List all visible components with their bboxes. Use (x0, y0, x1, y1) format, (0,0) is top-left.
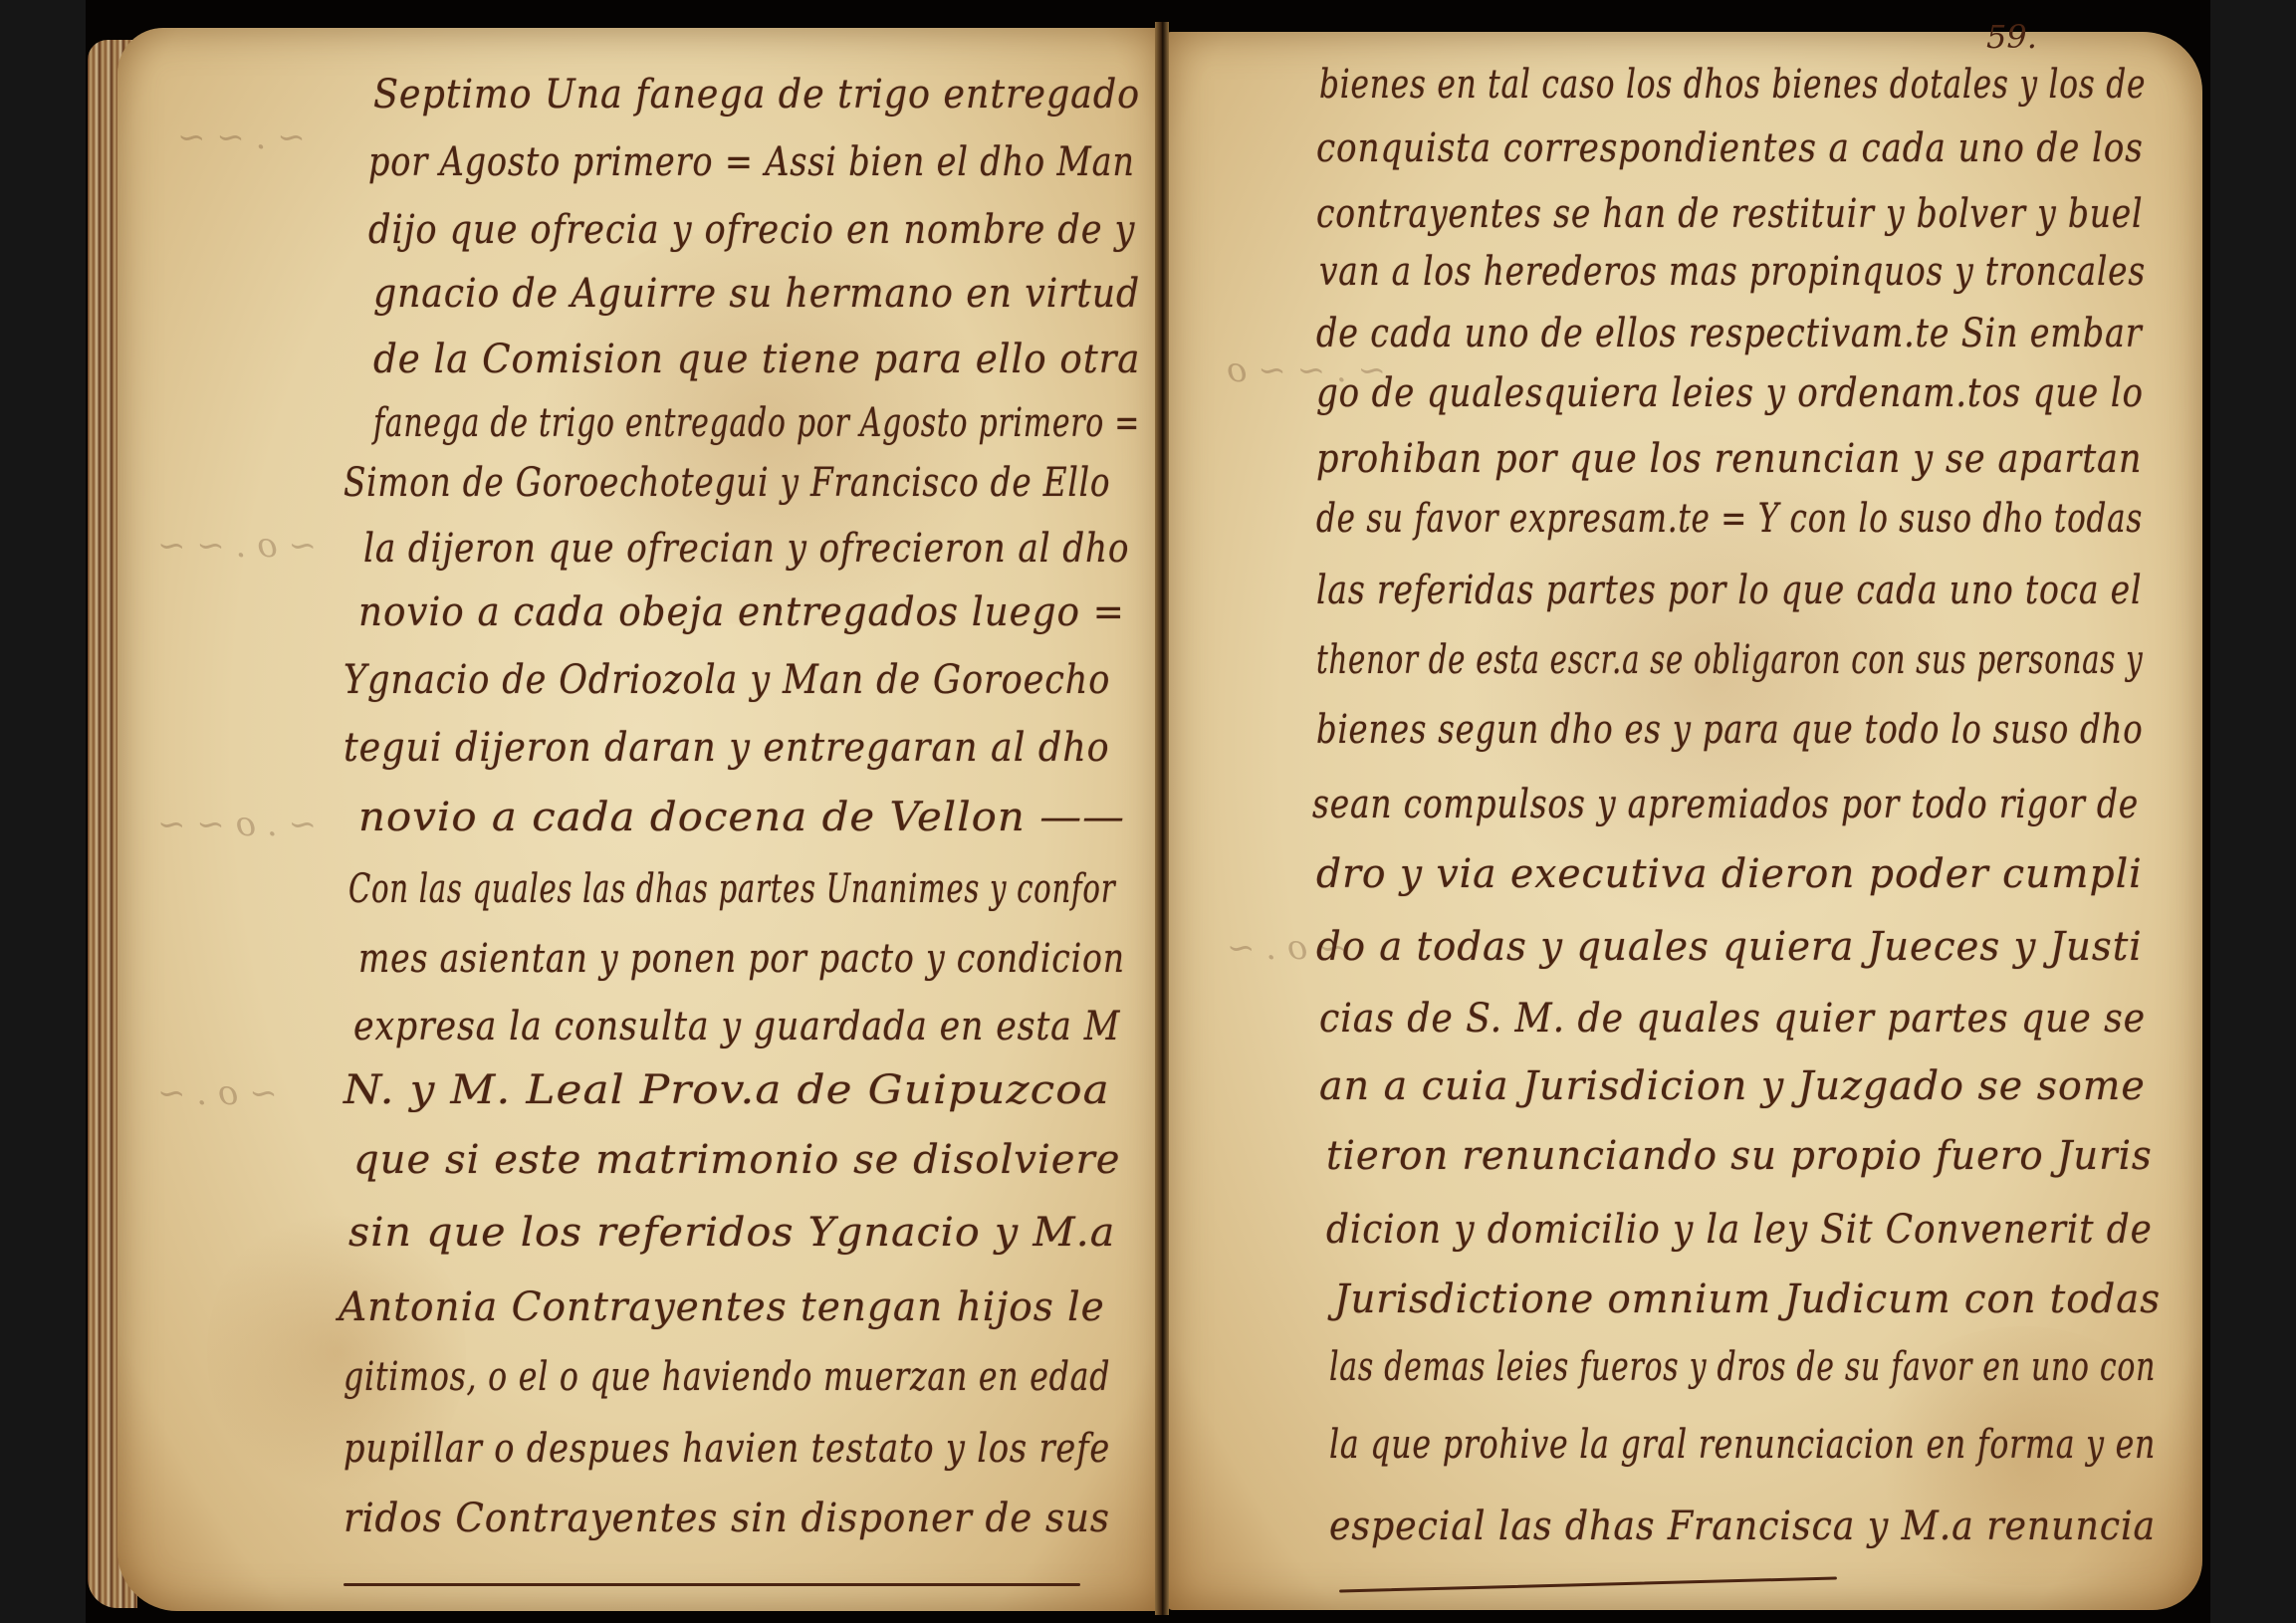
left-line-11: tegui dijeron daran y entregaran al dho (344, 725, 1110, 771)
right-line-11: bienes segun dho es y para que todo lo s… (1316, 707, 2143, 753)
book-gutter (1155, 22, 1169, 1615)
right-line-21: la que prohive la gral renunciacion en f… (1329, 1422, 2156, 1468)
left-line-4: gnacio de Aguirre su hermano en virtud (373, 271, 1140, 317)
right-line-14: do a todas y quales quiera Jueces y Just… (1316, 924, 2143, 970)
left-line-10: Ygnacio de Odriozola y Man de Goroecho (344, 657, 1110, 703)
left-line-7: Simon de Goroechotegui y Francisco de El… (344, 460, 1110, 506)
left-line-8: la dijeron que ofrecian y ofrecieron al … (363, 526, 1129, 572)
right-line-15: cias de S. M. de quales quier partes que… (1319, 996, 2146, 1042)
left-line-18: sin que los referidos Ygnacio y M.a (348, 1210, 1115, 1256)
bleed-through-text: ~ . ~ ~ (177, 117, 306, 157)
right-line-1: bienes en tal caso los dhos bienes dotal… (1319, 62, 2146, 108)
left-line-12: novio a cada docena de Vellon —— (358, 795, 1125, 840)
left-line-16: N. y M. Leal Prov.a de Guipuzcoa (344, 1067, 1110, 1113)
right-line-9: las referidas partes por lo que cada uno… (1316, 568, 2142, 613)
left-line-22: ridos Contrayentes sin disponer de sus (344, 1496, 1110, 1541)
right-line-10: thenor de esta escr.a se obligaron con s… (1316, 637, 2143, 683)
right-line-3: contrayentes se han de restituir y bolve… (1316, 191, 2143, 237)
right-line-18: dicion y domicilio y la ley Sit Convener… (1326, 1207, 2153, 1253)
bleed-through-text: ~ o . ~ (157, 1073, 278, 1113)
right-line-19: Jurisdictione omnium Judicum con todas (1334, 1276, 2161, 1322)
left-line-3: dijo que ofrecia y ofrecio en nombre de … (368, 207, 1135, 253)
left-line-13: Con las quales las dhas partes Unanimes … (348, 866, 1115, 912)
left-line-17: que si este matrimonio se disolviere (353, 1137, 1120, 1183)
left-line-19: Antonia Contrayentes tengan hijos le (339, 1284, 1105, 1330)
right-line-16: an a cuia Jurisdicion y Juzgado se some (1319, 1063, 2146, 1109)
right-line-6: go de qualesquiera leies y ordenam.tos q… (1316, 370, 2144, 416)
right-line-5: de cada uno de ellos respectivam.te Sin … (1316, 311, 2142, 356)
right-line-4: van a los herederos mas propinquos y tro… (1319, 249, 2146, 295)
right-line-13: dro y via executiva dieron poder cumpli (1316, 851, 2143, 897)
left-line-6: fanega de trigo entregado por Agosto pri… (373, 400, 1140, 446)
left-line-21: pupillar o despues havien testato y los … (344, 1426, 1110, 1472)
right-line-22: especial las dhas Francisca y M.a renunc… (1329, 1504, 2156, 1549)
left-line-5: de la Comision que tiene para ello otra (373, 337, 1140, 382)
left-line-20: gitimos, o el o que haviendo muerzan en … (344, 1354, 1110, 1400)
right-line-2: conquista correspondientes a cada uno de… (1316, 125, 2144, 171)
left-line-1: Septimo Una fanega de trigo entregado (373, 72, 1140, 117)
left-line-2: por Agosto primero = Assi bien el dho Ma… (368, 139, 1135, 185)
right-line-7: prohiban por que los renuncian y se apar… (1316, 436, 2142, 482)
left-line-14: mes asientan y ponen por pacto y condici… (358, 936, 1125, 982)
right-line-12: sean compulsos y apremiados por todo rig… (1312, 782, 2139, 827)
left-line-9: novio a cada obeja entregados luego = (358, 589, 1125, 635)
left-line-15: expresa la consulta y guardada en esta M (353, 1004, 1120, 1049)
closing-rule-left (344, 1583, 1080, 1586)
right-line-8: de su favor expresam.te = Y con lo suso … (1316, 496, 2143, 542)
right-line-20: las demas leies fueros y dros de su favo… (1329, 1344, 2156, 1390)
bleed-through-text: ~ o . ~ ~ (157, 526, 317, 566)
folio-number: 59. (1986, 18, 2037, 56)
right-line-17: tieron renunciando su propio fuero Juris (1326, 1133, 2153, 1179)
bleed-through-text: ~ . o ~ ~ (157, 805, 317, 844)
